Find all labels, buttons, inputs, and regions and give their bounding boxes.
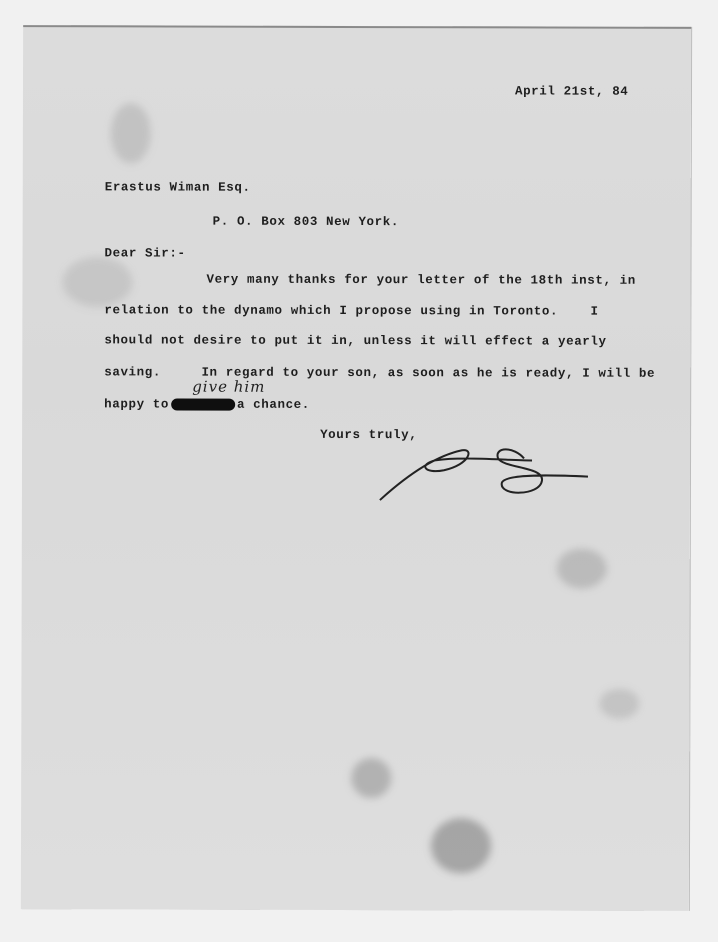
smudge bbox=[599, 689, 639, 719]
smudge bbox=[111, 103, 151, 163]
signature-icon bbox=[374, 438, 594, 519]
body-line-last: happy toa chance. bbox=[104, 397, 310, 412]
last-line-before: happy to bbox=[104, 397, 169, 411]
address: P. O. Box 803 New York. bbox=[213, 215, 399, 229]
smudge bbox=[351, 758, 391, 798]
ink-blot-strikeout bbox=[171, 398, 235, 410]
salutation: Dear Sir:- bbox=[105, 246, 186, 260]
smudge bbox=[62, 257, 132, 307]
body-line: should not desire to put it in, unless i… bbox=[104, 333, 606, 348]
last-line-after: a chance. bbox=[237, 398, 310, 412]
smudge bbox=[557, 549, 607, 589]
smudge bbox=[431, 818, 491, 873]
letter-date: April 21st, 84 bbox=[515, 84, 628, 98]
handwritten-insertion: give him bbox=[192, 378, 265, 396]
body-line: relation to the dynamo which I propose u… bbox=[104, 303, 598, 318]
body-line: saving. In regard to your son, as soon a… bbox=[104, 365, 655, 380]
body-line: Very many thanks for your letter of the … bbox=[206, 273, 635, 288]
letter-sheet: April 21st, 84 Erastus Wiman Esq. P. O. … bbox=[21, 25, 691, 911]
addressee: Erastus Wiman Esq. bbox=[105, 180, 251, 194]
